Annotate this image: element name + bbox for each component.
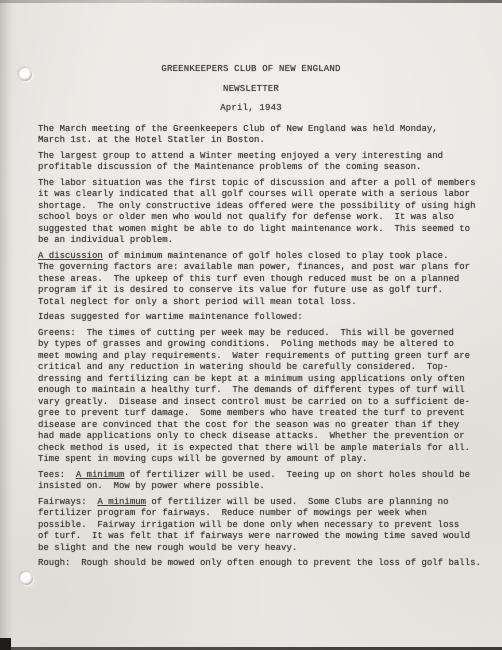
underlined-lead: A minimum [76, 470, 125, 480]
paragraph-rough-section: Rough: Rough should be mowed only often … [38, 558, 496, 570]
section-label: Tees: [38, 470, 76, 480]
paragraph-closed-holes-maintenance: A discussion of minimum maintenance of g… [38, 251, 496, 309]
section-label: Fairways: [38, 497, 97, 507]
paragraph-labor-situation: The labor situation was the first topic … [38, 178, 496, 247]
organization-title: GREENKEEPERS CLUB OF NEW ENGLAND [0, 64, 502, 76]
scan-edge-top [0, 0, 502, 3]
paragraph-text: of minimum maintenance of golf holes clo… [38, 251, 470, 307]
scan-corner-mark [0, 638, 11, 650]
underlined-lead: A minimum [97, 497, 146, 507]
punch-hole-bottom [20, 572, 33, 585]
paragraph-meeting-summary: The largest group to attend a Winter mee… [38, 151, 496, 174]
paragraph-greens-section: Greens: The times of cutting per week ma… [38, 328, 496, 466]
issue-date: April, 1943 [0, 103, 502, 115]
paragraph-wartime-ideas-heading: Ideas suggested for wartime maintenance … [38, 312, 496, 324]
paragraph-meeting-notice: The March meeting of the Greenkeepers Cl… [38, 124, 496, 147]
underlined-lead: A discussion [38, 251, 103, 261]
document-type-title: NEWSLETTER [0, 84, 502, 96]
paragraph-tees-section: Tees: A minimum of fertilizer will be us… [38, 470, 496, 493]
paragraph-fairways-section: Fairways: A minimum of fertilizer will b… [38, 497, 496, 555]
scanned-page: GREENKEEPERS CLUB OF NEW ENGLAND NEWSLET… [0, 0, 502, 650]
document-content: GREENKEEPERS CLUB OF NEW ENGLAND NEWSLET… [0, 64, 502, 574]
